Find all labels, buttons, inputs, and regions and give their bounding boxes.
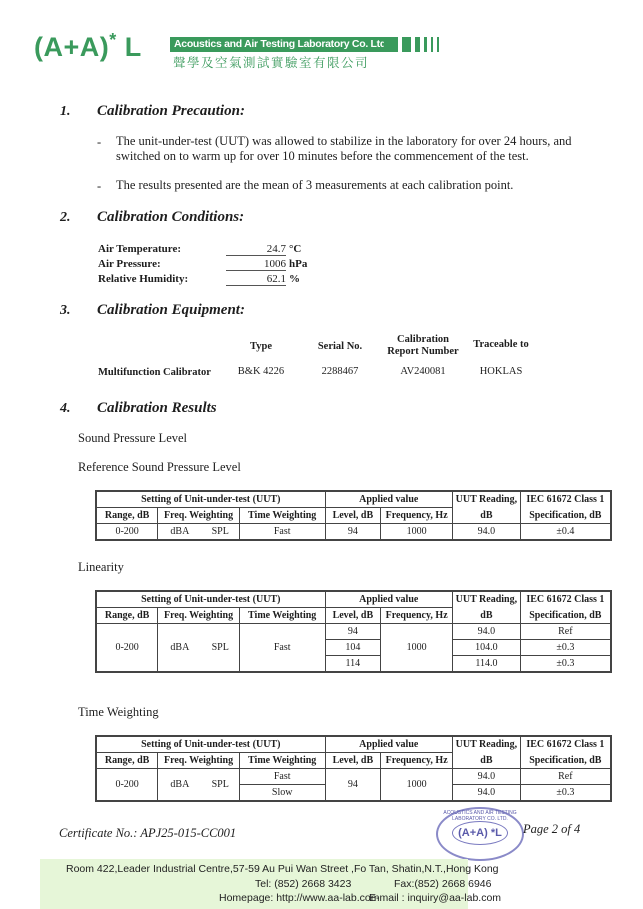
header-setting: Setting of Unit-under-test (UUT) bbox=[96, 491, 325, 508]
header-frequency: Frequency, Hz bbox=[381, 753, 453, 769]
header-time-weighting: Time Weighting bbox=[239, 508, 325, 524]
decorative-bars bbox=[384, 37, 439, 52]
reference-spl-title: Reference Sound Pressure Level bbox=[78, 460, 241, 475]
cell-level: 114 bbox=[325, 656, 381, 673]
footer-homepage[interactable]: Homepage: http://www.aa-lab.com bbox=[219, 892, 380, 904]
header-range: Range, dB bbox=[96, 753, 158, 769]
air-temperature-label: Air Temperature: bbox=[98, 243, 181, 255]
air-pressure-label: Air Pressure: bbox=[98, 258, 161, 270]
cell-frequency: 1000 bbox=[381, 524, 453, 541]
bullet-dash: - bbox=[97, 135, 101, 150]
equipment-header-serial: Serial No. bbox=[308, 341, 372, 353]
cell-level: 94 bbox=[325, 624, 381, 640]
section-2-number: 2. bbox=[60, 210, 71, 226]
cell-reading: 94.0 bbox=[453, 624, 521, 640]
header-spec: IEC 61672 Class 1 bbox=[520, 736, 611, 753]
linearity-title: Linearity bbox=[78, 560, 124, 575]
header-applied: Applied value bbox=[325, 591, 453, 608]
section-1-title: Calibration Precaution: bbox=[97, 103, 245, 120]
cell-reading: 94.0 bbox=[453, 524, 521, 541]
header-spec: IEC 61672 Class 1 bbox=[520, 591, 611, 608]
company-stamp: ACOUSTICS AND AIR TESTING LABORATORY CO.… bbox=[436, 807, 524, 861]
linearity-table: Setting of Unit-under-test (UUT) Applied… bbox=[95, 590, 612, 673]
logo-text: (A+A) bbox=[34, 32, 109, 62]
cell-reading: 114.0 bbox=[453, 656, 521, 673]
air-pressure-unit: hPa bbox=[289, 258, 307, 270]
cell-range: 0-200 bbox=[96, 769, 158, 802]
section-3-number: 3. bbox=[60, 303, 71, 319]
page-number: Page 2 of 4 bbox=[523, 822, 580, 837]
cell-spec: Ref bbox=[520, 624, 611, 640]
cell-freq-weighting: dBA bbox=[158, 524, 202, 541]
cell-range: 0-200 bbox=[96, 524, 158, 541]
cell-time-weighting: Fast bbox=[239, 524, 325, 541]
header-level: Level, dB bbox=[325, 753, 381, 769]
reference-spl-table: Setting of Unit-under-test (UUT) Applied… bbox=[95, 490, 612, 541]
section-1-number: 1. bbox=[60, 104, 71, 120]
section-2-title: Calibration Conditions: bbox=[97, 209, 244, 226]
table-row: 0-200 dBA SPL Fast 94 1000 94.0 Ref bbox=[96, 769, 611, 785]
header-range: Range, dB bbox=[96, 608, 158, 624]
header-uut-unit: dB bbox=[453, 608, 521, 624]
bullet-dash: - bbox=[97, 179, 101, 194]
cell-range: 0-200 bbox=[96, 624, 158, 673]
header-uut-reading: UUT Reading, bbox=[453, 591, 521, 608]
footer-email[interactable]: E-mail : inquiry@aa-lab.com bbox=[369, 892, 501, 904]
footer-tel: Tel: (852) 2668 3423 bbox=[255, 878, 351, 890]
header-spec-unit: Specification, dB bbox=[520, 753, 611, 769]
cell-freq-weighting: dBA bbox=[158, 624, 202, 673]
header-range: Range, dB bbox=[96, 508, 158, 524]
table-row: 0-200 dBA SPL Fast 94 1000 94.0 ±0.4 bbox=[96, 524, 611, 541]
precaution-2: The results presented are the mean of 3 … bbox=[116, 178, 596, 193]
cell-time-weighting: Slow bbox=[239, 785, 325, 802]
equipment-serial: 2288467 bbox=[308, 366, 372, 377]
equipment-type: B&K 4226 bbox=[236, 366, 286, 377]
header-setting: Setting of Unit-under-test (UUT) bbox=[96, 591, 325, 608]
air-temperature-value: 24.7 bbox=[226, 243, 286, 256]
stamp-logo-text: (A+A) *L bbox=[452, 821, 508, 845]
cell-frequency: 1000 bbox=[381, 769, 453, 802]
cell-spec: ±0.3 bbox=[520, 640, 611, 656]
air-pressure-value: 1006 bbox=[226, 258, 286, 271]
sound-pressure-level-subtitle: Sound Pressure Level bbox=[78, 431, 187, 446]
logo-l: L bbox=[125, 32, 142, 62]
company-name-en: Acoustics and Air Testing Laboratory Co.… bbox=[170, 37, 393, 52]
equipment-report: AV240081 bbox=[380, 366, 466, 377]
cell-mode: SPL bbox=[202, 769, 240, 802]
header-applied: Applied value bbox=[325, 736, 453, 753]
cell-spec: Ref bbox=[520, 769, 611, 785]
footer-fax: Fax:(852) 2668 6946 bbox=[394, 878, 491, 890]
equipment-name: Multifunction Calibrator bbox=[98, 367, 211, 379]
cell-spec: ±0.4 bbox=[520, 524, 611, 541]
cell-time-weighting: Fast bbox=[239, 624, 325, 673]
logo-star: * bbox=[109, 30, 117, 50]
footer-address: Room 422,Leader Industrial Centre,57-59 … bbox=[66, 863, 499, 875]
relative-humidity-label: Relative Humidity: bbox=[98, 273, 188, 285]
header-freq-weighting: Freq. Weighting bbox=[158, 753, 240, 769]
header-level: Level, dB bbox=[325, 608, 381, 624]
header-time-weighting: Time Weighting bbox=[239, 608, 325, 624]
air-temperature-unit: °C bbox=[289, 243, 301, 255]
cell-level: 94 bbox=[325, 769, 381, 802]
header-setting: Setting of Unit-under-test (UUT) bbox=[96, 736, 325, 753]
time-weighting-title: Time Weighting bbox=[78, 705, 159, 720]
precaution-1: The unit-under-test (UUT) was allowed to… bbox=[116, 134, 596, 164]
header-uut-unit: dB bbox=[453, 753, 521, 769]
header-level: Level, dB bbox=[325, 508, 381, 524]
cell-frequency: 1000 bbox=[381, 624, 453, 673]
cell-reading: 94.0 bbox=[453, 769, 521, 785]
relative-humidity-unit: % bbox=[289, 273, 300, 285]
cell-spec: ±0.3 bbox=[520, 656, 611, 673]
cell-freq-weighting: dBA bbox=[158, 769, 202, 802]
header-applied: Applied value bbox=[325, 491, 453, 508]
cell-level: 94 bbox=[325, 524, 381, 541]
equipment-header-traceable: Traceable to bbox=[468, 339, 534, 351]
company-logo: (A+A)* L bbox=[34, 32, 142, 63]
header-freq-weighting: Freq. Weighting bbox=[158, 608, 240, 624]
header-uut-reading: UUT Reading, bbox=[453, 491, 521, 508]
header-frequency: Frequency, Hz bbox=[381, 508, 453, 524]
header-spec-unit: Specification, dB bbox=[520, 608, 611, 624]
cell-level: 104 bbox=[325, 640, 381, 656]
header-freq-weighting: Freq. Weighting bbox=[158, 508, 240, 524]
header-frequency: Frequency, Hz bbox=[381, 608, 453, 624]
equipment-header-type: Type bbox=[236, 341, 286, 353]
footer-contact-band: Room 422,Leader Industrial Centre,57-59 … bbox=[40, 859, 468, 909]
header-spec-unit: Specification, dB bbox=[520, 508, 611, 524]
section-4-title: Calibration Results bbox=[97, 400, 217, 417]
time-weighting-table: Setting of Unit-under-test (UUT) Applied… bbox=[95, 735, 612, 802]
certificate-number: Certificate No.: APJ25-015-CC001 bbox=[59, 826, 236, 841]
relative-humidity-value: 62.1 bbox=[226, 273, 286, 286]
header-time-weighting: Time Weighting bbox=[239, 753, 325, 769]
company-name-cn: 聲學及空氣測試實驗室有限公司 bbox=[173, 53, 369, 71]
cell-time-weighting: Fast bbox=[239, 769, 325, 785]
cell-reading: 94.0 bbox=[453, 785, 521, 802]
cell-mode: SPL bbox=[202, 524, 240, 541]
cell-mode: SPL bbox=[202, 624, 240, 673]
section-3-title: Calibration Equipment: bbox=[97, 302, 245, 319]
section-4-number: 4. bbox=[60, 401, 71, 417]
equipment-header-report: Calibration Report Number bbox=[380, 334, 466, 358]
cell-reading: 104.0 bbox=[453, 640, 521, 656]
header-uut-reading: UUT Reading, bbox=[453, 736, 521, 753]
header-uut-unit: dB bbox=[453, 508, 521, 524]
table-row: 0-200 dBA SPL Fast 94 1000 94.0 Ref bbox=[96, 624, 611, 640]
cell-spec: ±0.3 bbox=[520, 785, 611, 802]
equipment-traceable: HOKLAS bbox=[468, 366, 534, 377]
header-spec: IEC 61672 Class 1 bbox=[520, 491, 611, 508]
